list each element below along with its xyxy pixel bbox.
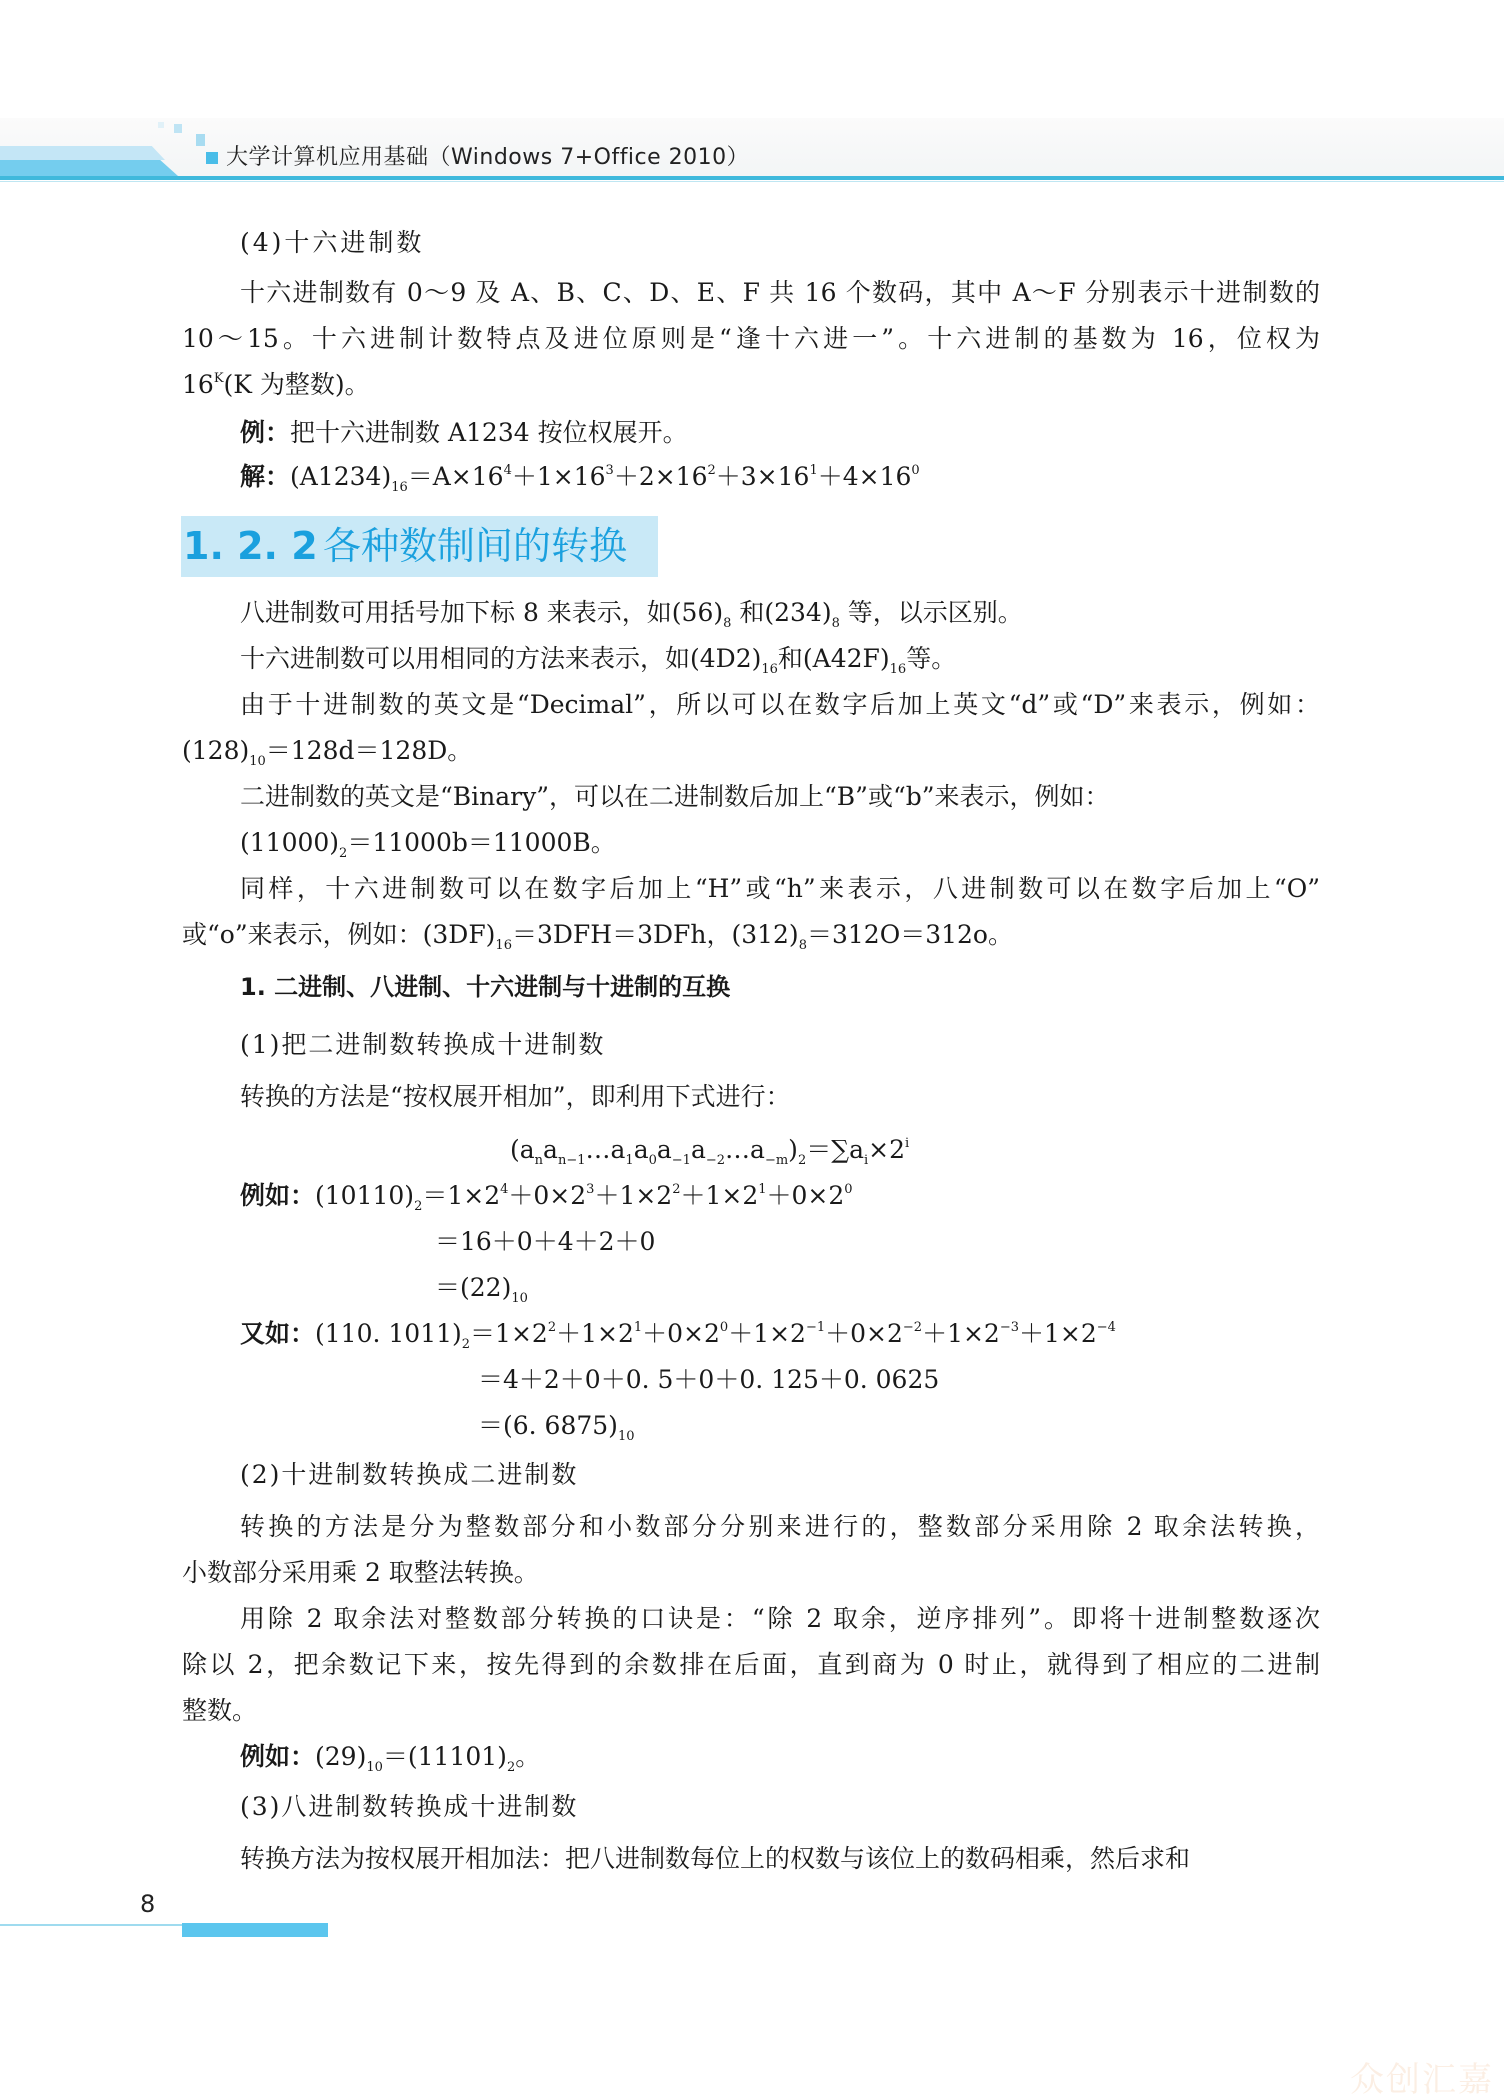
example-2-row-2: ＝4＋2＋0＋0. 5＋0＋0. 125＋0. 0625 (478, 1360, 939, 1396)
term: ＋1×2 (556, 1319, 634, 1348)
subscript: 8 (832, 616, 840, 631)
text: (10110) (315, 1181, 414, 1210)
subscript: 16 (890, 662, 907, 677)
paragraph-line: 转换方法为按权展开相加法：把八进制数每位上的权数与该位上的数码相乘，然后求和 (240, 1844, 1190, 1874)
example-1-row-2: ＝16＋0＋4＋2＋0 (435, 1222, 655, 1258)
text: (11000) (240, 828, 339, 857)
watermark: 众创汇嘉 (1350, 2052, 1494, 2094)
superscript: 2 (707, 463, 715, 478)
subscript: 1 (625, 1153, 633, 1168)
subheading: (3)八进制数转换成十进制数 (240, 1792, 578, 1822)
text: 十六进制数可以用相同的方法来表示，如(4D2) (240, 644, 761, 673)
superscript: 4 (504, 463, 512, 478)
text: ＝312O＝312o。 (807, 920, 1013, 949)
example-line: 例：把十六进制数 A1234 按位权展开。 (240, 418, 688, 448)
superscript: 3 (606, 463, 614, 478)
paragraph-line: 16K(K 为整数)。 (182, 370, 370, 400)
subscript: 10 (249, 754, 266, 769)
paragraph-line: 转换的方法是“按权展开相加”，即利用下式进行： (240, 1082, 791, 1112)
text: 等。 (906, 644, 956, 673)
paragraph-line: 由于十进制数的英文是“Decimal”，所以可以在数字后加上英文“d”或“D”来… (240, 690, 1320, 720)
book-title: 大学计算机应用基础（Windows 7+Office 2010） (226, 140, 749, 171)
text: (A1234) (290, 462, 391, 491)
subscript: 16 (391, 480, 408, 495)
text: (a (510, 1135, 535, 1164)
text: ×2 (868, 1135, 905, 1164)
subscript: 8 (799, 938, 807, 953)
section-number: 1. 2. 2 (183, 524, 318, 568)
general-formula: (anan−1…a1a0a−1a−2…a−m)2＝∑ai×2i (510, 1130, 909, 1166)
text: 把十六进制数 A1234 按位权展开。 (290, 418, 688, 447)
term: ＋4×16 (818, 462, 912, 491)
solution-label: 解： (240, 462, 290, 491)
term: ＋0×2 (642, 1319, 720, 1348)
superscript: 1 (809, 463, 817, 478)
subscript: n−1 (558, 1153, 586, 1168)
superscript: 0 (911, 463, 919, 478)
paragraph-line: 用除 2 取余法对整数部分转换的口诀是：“除 2 取余，逆序排列”。即将十进制整… (240, 1604, 1320, 1634)
subheading-hex: (4)十六进制数 (240, 228, 424, 258)
header-decoration-bar (0, 146, 165, 160)
header-rule (0, 176, 1504, 180)
text: ＝3DFH＝3DFh，(312) (512, 920, 799, 949)
subscript: 10 (511, 1291, 528, 1306)
header-bullet-square-icon (206, 152, 218, 164)
term: ＋3×16 (716, 462, 810, 491)
term: ＋2×16 (614, 462, 708, 491)
term: ＋1×2 (680, 1181, 758, 1210)
text: ＝(22) (435, 1273, 511, 1302)
paragraph-line: 转换的方法是分为整数部分和小数部分分别来进行的，整数部分采用除 2 取余法转换， (240, 1512, 1320, 1542)
subscript: 10 (618, 1429, 635, 1444)
header-decoration-square (174, 124, 182, 133)
example-1-row-1: 例如：(10110)2＝1×24＋0×23＋1×22＋1×21＋0×20 (240, 1176, 853, 1212)
paragraph-line: (128)10＝128d＝128D。 (182, 736, 472, 766)
term: ＋1×16 (512, 462, 606, 491)
text: ＝11000b＝11000B。 (347, 828, 615, 857)
superscript: i (905, 1136, 909, 1151)
text: …a (586, 1135, 626, 1164)
paragraph-line: 十六进制数有 0～9 及 A、B、C、D、E、F 共 16 个数码，其中 A～F… (240, 278, 1320, 308)
header-decoration-square (158, 122, 164, 128)
example-label: 例如： (240, 1181, 315, 1210)
subscript: 2 (507, 1760, 515, 1775)
text: 和(A42F) (778, 644, 890, 673)
superscript: 0 (720, 1320, 728, 1335)
term: ＋1×2 (728, 1319, 806, 1348)
section-title: 各种数制间的转换 (323, 524, 627, 568)
solution-line: 解：(A1234)16＝A×164＋1×163＋2×162＋3×161＋4×16… (240, 462, 920, 492)
subscript: −2 (706, 1153, 725, 1168)
text: 八进制数可用括号加下标 8 来表示，如(56) (240, 598, 723, 627)
header-decoration-bar (0, 160, 178, 176)
example-line: 例如：(29)10＝(11101)2。 (240, 1742, 540, 1772)
term: ＝1×2 (422, 1181, 500, 1210)
superscript: 0 (844, 1182, 852, 1197)
superscript: K (214, 371, 224, 386)
superscript: −2 (903, 1320, 922, 1335)
footer-accent-bar (182, 1923, 328, 1937)
text: (110. 1011) (315, 1319, 462, 1348)
paragraph-line: 或“o”来表示，例如：(3DF)16＝3DFH＝3DFh，(312)8＝312O… (182, 920, 1013, 950)
text: ＝128d＝128D。 (266, 736, 472, 765)
text: (K 为整数)。 (224, 370, 370, 399)
page-number: 8 (140, 1890, 155, 1918)
subheading: (2)十进制数转换成二进制数 (240, 1460, 578, 1490)
term: ＋1×2 (594, 1181, 672, 1210)
paragraph-line: 二进制数的英文是“Binary”，可以在二进制数后加上“B”或“b”来表示，例如… (240, 782, 1110, 812)
term: ＝A×16 (408, 462, 504, 491)
superscript: 1 (634, 1320, 642, 1335)
superscript: −4 (1097, 1320, 1116, 1335)
text: 等，以示区别。 (840, 598, 1023, 627)
subscript: −1 (672, 1153, 691, 1168)
term: ＝1×2 (470, 1319, 548, 1348)
text: ) (788, 1135, 798, 1164)
subscript: 10 (366, 1760, 383, 1775)
paragraph-line: 八进制数可用括号加下标 8 来表示，如(56)8 和(234)8 等，以示区别。 (240, 598, 1023, 628)
text: 。 (515, 1742, 540, 1771)
header-decoration-square (196, 134, 205, 146)
text: ＝(11101) (383, 1742, 507, 1771)
example-1-row-3: ＝(22)10 (435, 1268, 528, 1304)
paragraph-line: 同样，十六进制数可以在数字后加上“H”或“h”来表示，八进制数可以在数字后加上“… (240, 874, 1320, 904)
paragraph-line: (11000)2＝11000b＝11000B。 (240, 828, 616, 858)
term: ＋0×2 (508, 1181, 586, 1210)
subscript: 2 (798, 1153, 806, 1168)
example-2-row-1: 又如：(110. 1011)2＝1×22＋1×21＋0×20＋1×2−1＋0×2… (240, 1314, 1116, 1350)
superscript: −1 (806, 1320, 825, 1335)
text: (128) (182, 736, 249, 765)
text: 和(234) (731, 598, 831, 627)
text: a (634, 1135, 649, 1164)
superscript: 1 (758, 1182, 766, 1197)
text: 或“o”来表示，例如：(3DF) (182, 920, 495, 949)
term: ＋1×2 (1019, 1319, 1097, 1348)
superscript: −3 (1000, 1320, 1019, 1335)
superscript: 2 (548, 1320, 556, 1335)
example-label: 例如： (240, 1742, 315, 1771)
paragraph-line: 10～15。十六进制计数特点及进位原则是“逢十六进一”。十六进制的基数为 16，… (182, 324, 1320, 354)
term: ＋1×2 (922, 1319, 1000, 1348)
section-heading: 1. 2. 2 各种数制间的转换 (181, 516, 658, 577)
subscript: 2 (462, 1337, 470, 1352)
term: ＋0×2 (825, 1319, 903, 1348)
subheading: (1)把二进制数转换成十进制数 (240, 1030, 605, 1060)
text: …a (725, 1135, 765, 1164)
subscript: 16 (495, 938, 512, 953)
subscript: n (535, 1153, 543, 1168)
text: (29) (315, 1742, 366, 1771)
text: 16 (182, 370, 214, 399)
subscript: −m (765, 1153, 788, 1168)
text: a (657, 1135, 672, 1164)
paragraph-line: 整数。 (182, 1696, 257, 1726)
text: a (691, 1135, 706, 1164)
example-label: 例： (240, 418, 290, 447)
text: ＝∑a (806, 1135, 864, 1164)
term: ＋0×2 (767, 1181, 845, 1210)
paragraph-line: 除以 2，把余数记下来，按先得到的余数排在后面，直到商为 0 时止，就得到了相应… (182, 1650, 1320, 1680)
paragraph-line: 十六进制数可以用相同的方法来表示，如(4D2)16和(A42F)16等。 (240, 644, 956, 674)
subsection-heading: 1. 二进制、八进制、十六进制与十进制的互换 (240, 972, 730, 1002)
example-label: 又如： (240, 1319, 315, 1348)
paragraph-line: 小数部分采用乘 2 取整法转换。 (182, 1558, 539, 1588)
text: a (543, 1135, 558, 1164)
subscript: 0 (649, 1153, 657, 1168)
header-rule-thin (0, 181, 1504, 182)
example-2-row-3: ＝(6. 6875)10 (478, 1406, 634, 1442)
text: ＝(6. 6875) (478, 1411, 618, 1440)
subscript: 16 (761, 662, 778, 677)
footer-rule (0, 1924, 182, 1926)
